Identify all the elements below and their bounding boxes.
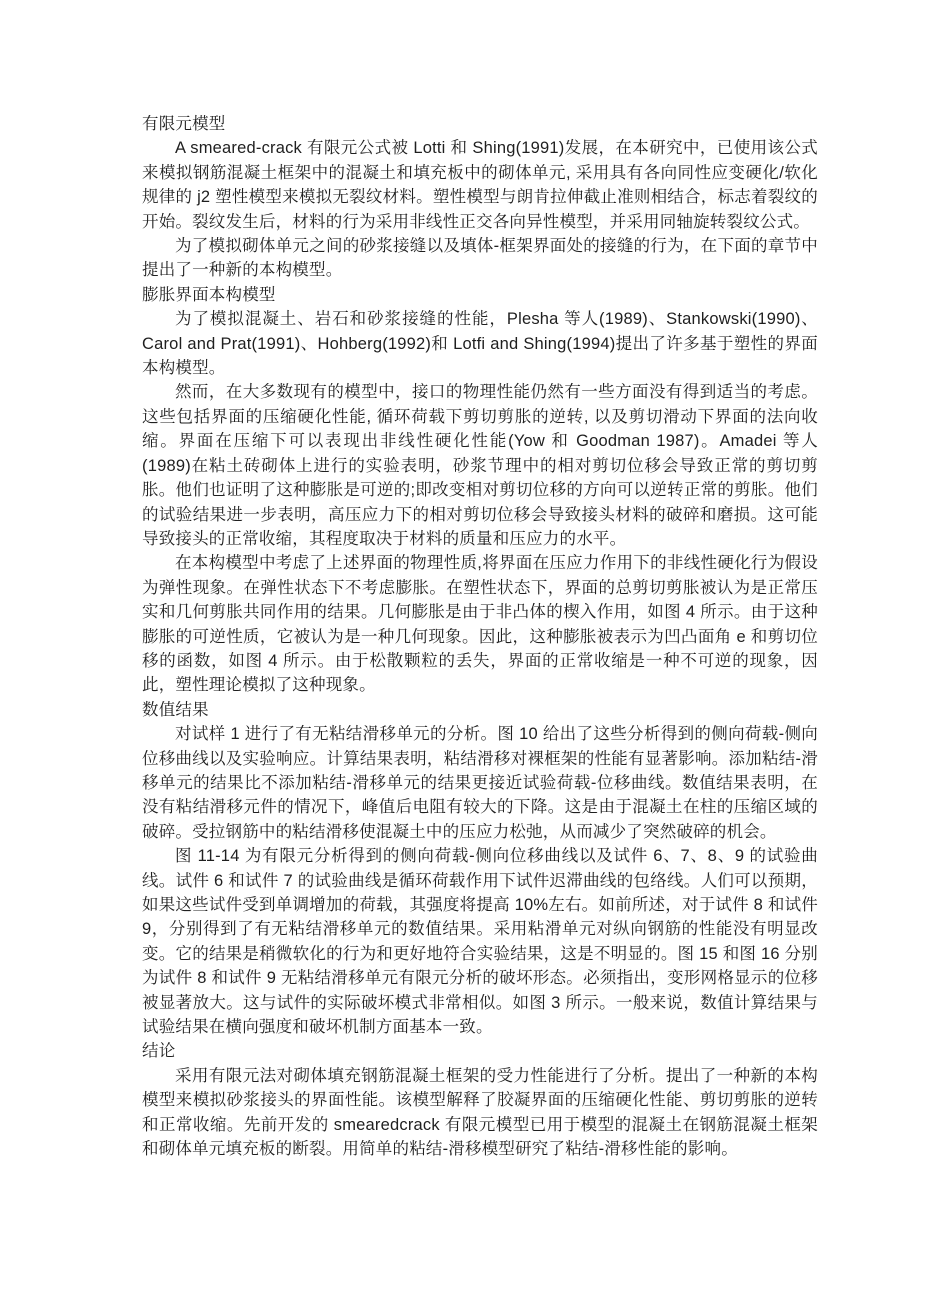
paragraph: 为了模拟混凝土、岩石和砂浆接缝的性能，Plesha 等人(1989)、Stank… xyxy=(142,307,818,380)
section-finite-element-model: 有限元模型 A smeared-crack 有限元公式被 Lotti 和 Shi… xyxy=(142,112,818,283)
section-heading: 结论 xyxy=(142,1039,818,1063)
paragraph: 为了模拟砌体单元之间的砂浆接缝以及填体-框架界面处的接缝的行为，在下面的章节中提… xyxy=(142,234,818,283)
section-heading: 数值结果 xyxy=(142,698,818,722)
paragraph: 采用有限元法对砌体填充钢筋混凝土框架的受力性能进行了分析。提出了一种新的本构模型… xyxy=(142,1064,818,1162)
section-heading: 有限元模型 xyxy=(142,112,818,136)
document-text: 有限元模型 A smeared-crack 有限元公式被 Lotti 和 Shi… xyxy=(142,112,818,1161)
section-heading: 膨胀界面本构模型 xyxy=(142,283,818,307)
section-dilatant-interface-model: 膨胀界面本构模型 为了模拟混凝土、岩石和砂浆接缝的性能，Plesha 等人(19… xyxy=(142,283,818,698)
section-conclusion: 结论 采用有限元法对砌体填充钢筋混凝土框架的受力性能进行了分析。提出了一种新的本… xyxy=(142,1039,818,1161)
document-page: 有限元模型 A smeared-crack 有限元公式被 Lotti 和 Shi… xyxy=(0,0,926,1309)
paragraph: A smeared-crack 有限元公式被 Lotti 和 Shing(199… xyxy=(142,136,818,234)
paragraph: 然而，在大多数现有的模型中，接口的物理性能仍然有一些方面没有得到适当的考虑。这些… xyxy=(142,380,818,551)
section-numerical-results: 数值结果 对试样 1 进行了有无粘结滑移单元的分析。图 10 给出了这些分析得到… xyxy=(142,698,818,1040)
paragraph: 对试样 1 进行了有无粘结滑移单元的分析。图 10 给出了这些分析得到的侧向荷载… xyxy=(142,722,818,844)
paragraph: 在本构模型中考虑了上述界面的物理性质,将界面在压应力作用下的非线性硬化行为假设为… xyxy=(142,551,818,697)
paragraph: 图 11-14 为有限元分析得到的侧向荷载-侧向位移曲线以及试件 6、7、8、9… xyxy=(142,844,818,1039)
